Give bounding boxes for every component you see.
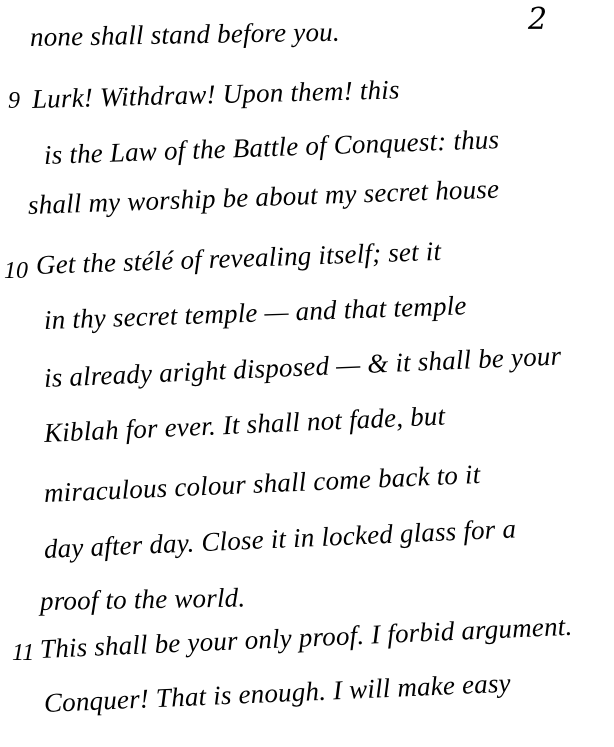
manuscript-line: day after day. Close it in locked glass …: [43, 513, 516, 565]
manuscript-line: none shall stand before you.: [30, 17, 340, 53]
manuscript-line: Get the stélé of revealing itself; set i…: [35, 236, 441, 281]
manuscript-line: proof to the world.: [40, 582, 246, 617]
manuscript-page: 2 none shall stand before you. 9 Lurk! W…: [0, 0, 614, 747]
manuscript-line: Lurk! Withdraw! Upon them! this: [32, 74, 400, 115]
verse-number: 10: [4, 258, 28, 285]
verse-number: 9: [8, 88, 20, 115]
manuscript-line: is the Law of the Battle of Conquest: th…: [43, 124, 499, 171]
verse-number: 11: [12, 640, 34, 667]
manuscript-line: in thy secret temple — and that temple: [43, 290, 467, 336]
manuscript-line: shall my worship be about my secret hous…: [27, 174, 499, 221]
page-number: 2: [528, 2, 547, 37]
manuscript-line: Kiblah for ever. It shall not fade, but: [43, 401, 446, 449]
manuscript-line: is already aright disposed — & it shall …: [43, 340, 562, 394]
manuscript-line: This shall be your only proof. I forbid …: [39, 611, 573, 665]
manuscript-line: Conquer! That is enough. I will make eas…: [43, 668, 511, 719]
manuscript-line: miraculous colour shall come back to it: [43, 459, 481, 509]
